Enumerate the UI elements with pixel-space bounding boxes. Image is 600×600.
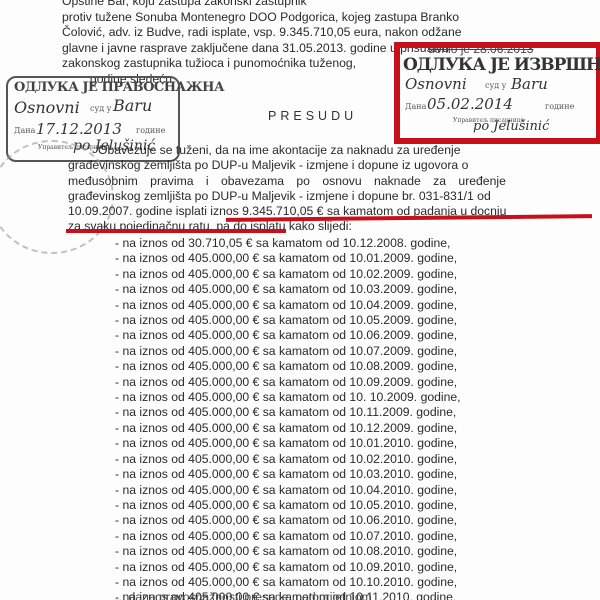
installment-item: - na iznos od 405.000,00 € sa kamatom od…: [115, 405, 461, 420]
stamp-date-label: Дана: [14, 126, 35, 135]
installment-item: - na iznos od 405.000,00 € sa kamatom od…: [115, 421, 461, 436]
stamp-heading: ОДЛУКА ЈЕ ИЗВРШНА: [403, 55, 591, 75]
stamp-date-label: Дана: [405, 102, 426, 111]
installment-item: - na iznos od 405.000,00 € sa kamatom od…: [115, 483, 461, 498]
installment-item: - na iznos od 405.000,00 € sa kamatom od…: [115, 560, 461, 575]
installment-list: - na iznos od 30.710,05 € sa kamatom od …: [115, 236, 461, 600]
installment-item: - na iznos od 405.000,00 € sa kamatom od…: [115, 313, 461, 328]
installment-item: - na iznos od 405.000,00 € sa kamatom od…: [115, 529, 461, 544]
installment-item: - na iznos od 405.000,00 € sa kamatom od…: [115, 359, 461, 374]
installment-item: - na iznos od 405.000,00 € sa kamatom od…: [115, 544, 461, 559]
intro-line: zakonskog zastupnika tužioca i punomoćni…: [62, 56, 414, 72]
stamp-heading: ОДЛУКА ЈЕ ПРАВОСНАЖНА: [14, 80, 224, 95]
intro-line: Čolović, adv. iz Budve, radi isplate, vs…: [62, 25, 414, 41]
stamp-city: Baru: [511, 75, 548, 93]
installment-item: - na iznos od 405.000,00 € sa kamatom od…: [115, 513, 461, 528]
stamp-year-label: године: [136, 126, 165, 135]
installment-item: - na iznos od 405.000,00 € sa kamatom od…: [115, 344, 461, 359]
installment-item: - na iznos od 30.710,05 € sa kamatom od …: [115, 236, 461, 251]
installment-item: - na iznos od 405.000,00 € sa kamatom od…: [115, 251, 461, 266]
stamp-signature: po Jelušinić: [473, 119, 549, 134]
installment-item: - na iznos od 405.000,00 € sa kamatom od…: [115, 498, 461, 513]
stamp-court: Osnovni: [405, 75, 467, 93]
installment-item: - na iznos od 405.000,00 € sa kamatom od…: [115, 467, 461, 482]
stamp-date: 17.12.2013: [36, 120, 122, 138]
highlight-underline: [66, 229, 286, 233]
stamp-court: Osnovni: [14, 98, 80, 117]
installment-item: - na iznos od 405.000,00 € sa kamatom od…: [115, 267, 461, 282]
stamp-court-label: суд у: [485, 81, 506, 90]
document-page: Opštine Bar, koju zastupa zakonski zastu…: [0, 0, 600, 600]
installment-item: - na iznos od 405.000,00 € sa kamatom od…: [115, 390, 461, 405]
verdict-line: Obavezuje se tuženi, da na ime akontacij…: [68, 143, 438, 158]
installment-item: - na iznos od 405.000,00 € sa kamatom od…: [115, 298, 461, 313]
intro-paragraph: Opštine Bar, koju zastupa zakonski zastu…: [62, 0, 414, 87]
installment-item: - na iznos od 405.000,00 € sa kamatom od…: [115, 282, 461, 297]
verdict-line: građevinskog zemljišta po DUP-u Maljevik…: [68, 189, 438, 204]
verdict-line: građevinskog zemljišta po DUP-u Maljevik…: [68, 158, 438, 173]
intro-line: protiv tužene Sonuba Montenegro DOO Podg…: [62, 10, 414, 26]
stamp-date: 05.02.2014: [427, 95, 513, 113]
stamp-izvrsna: ОДЛУКА ЈЕ ИЗВРШНА Osnovni суд у Baru Дан…: [403, 55, 591, 135]
installment-item: - na iznos od 405.000,00 € sa kamatom od…: [115, 436, 461, 451]
stamp-year-label: године: [545, 102, 574, 111]
intro-line: Opštine Bar, koju zastupa zakonski zastu…: [62, 0, 414, 10]
tail-text: ... dana pravosnažnosti presude, pod pri…: [115, 590, 372, 600]
installment-item: - na iznos od 405.000,00 € sa kamatom od…: [115, 328, 461, 343]
stamp-city: Baru: [113, 96, 152, 115]
verdict-line: međusobnim pravima i obavezama po osnovu…: [68, 174, 438, 189]
installment-item: - na iznos od 405.000,00 € sa kamatom od…: [115, 575, 461, 590]
installment-item: - na iznos od 405.000,00 € sa kamatom od…: [115, 375, 461, 390]
stamp-court-label: суд у: [90, 104, 111, 113]
intro-line: glavne i javne rasprave zaključene dana …: [62, 41, 414, 57]
installment-item: - na iznos od 405.000,00 € sa kamatom od…: [115, 452, 461, 467]
page-title: PRESUDU: [268, 109, 357, 123]
